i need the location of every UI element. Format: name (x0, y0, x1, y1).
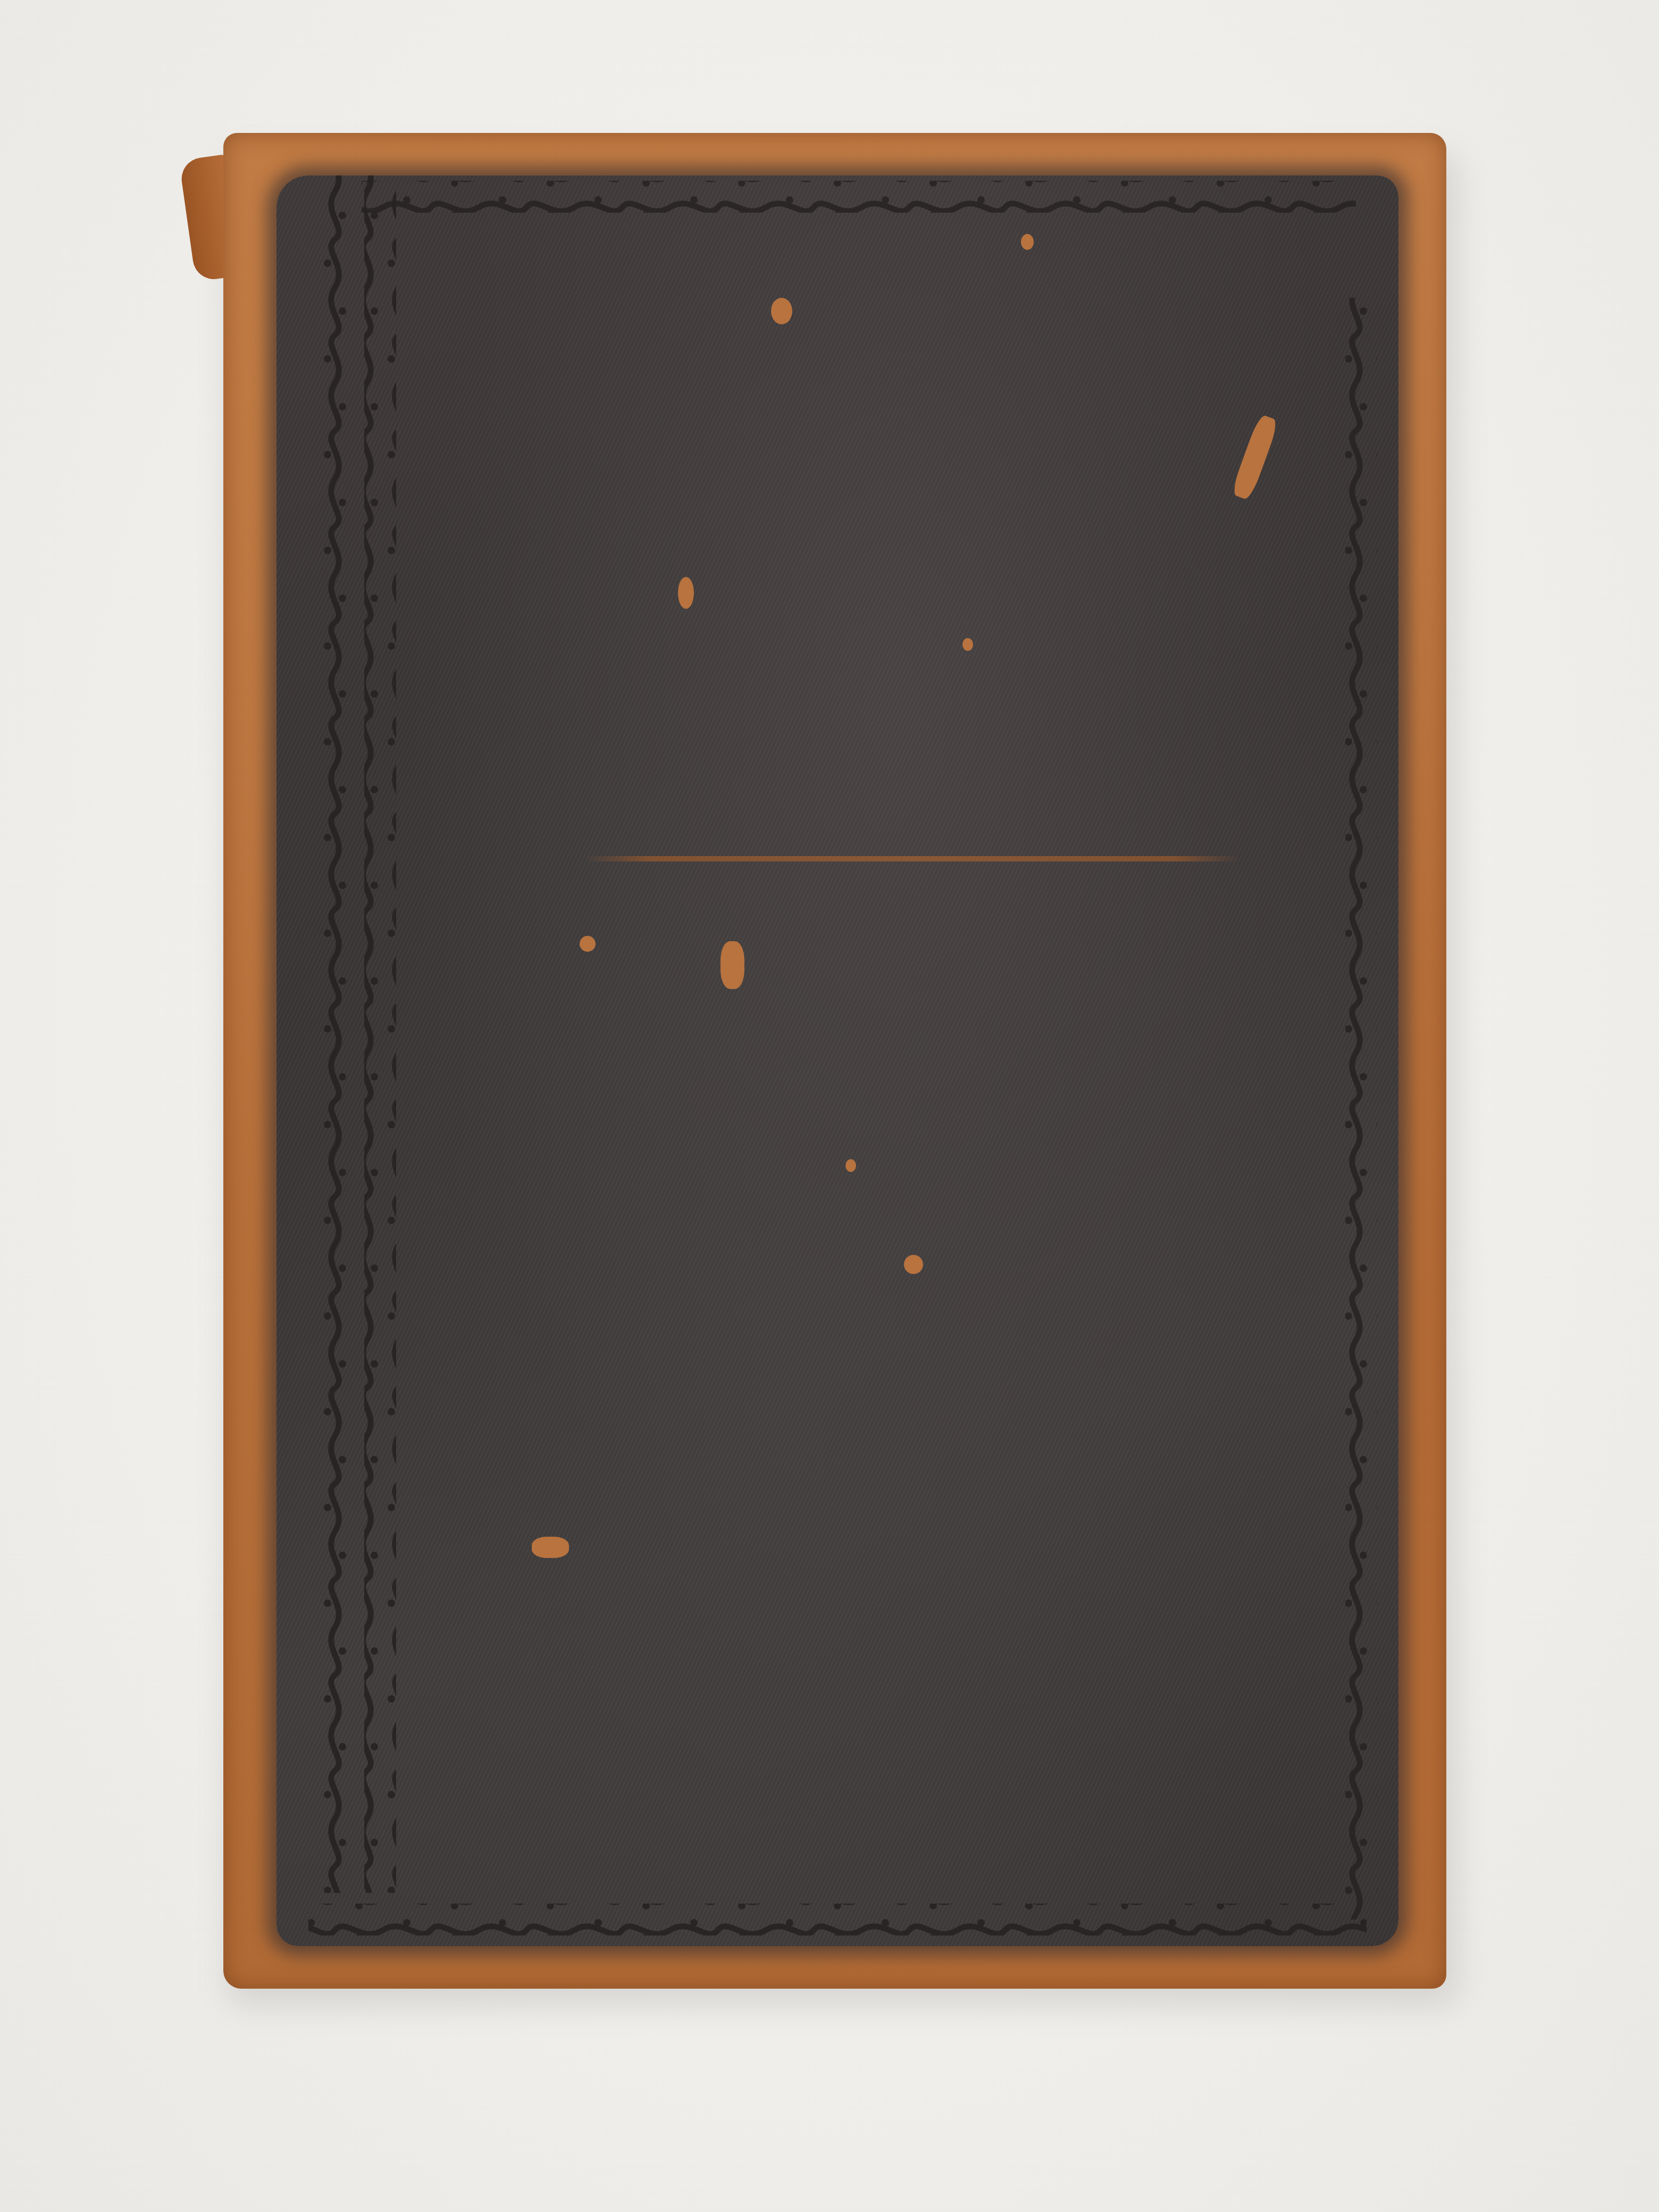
tooled-border (0, 0, 1659, 2212)
